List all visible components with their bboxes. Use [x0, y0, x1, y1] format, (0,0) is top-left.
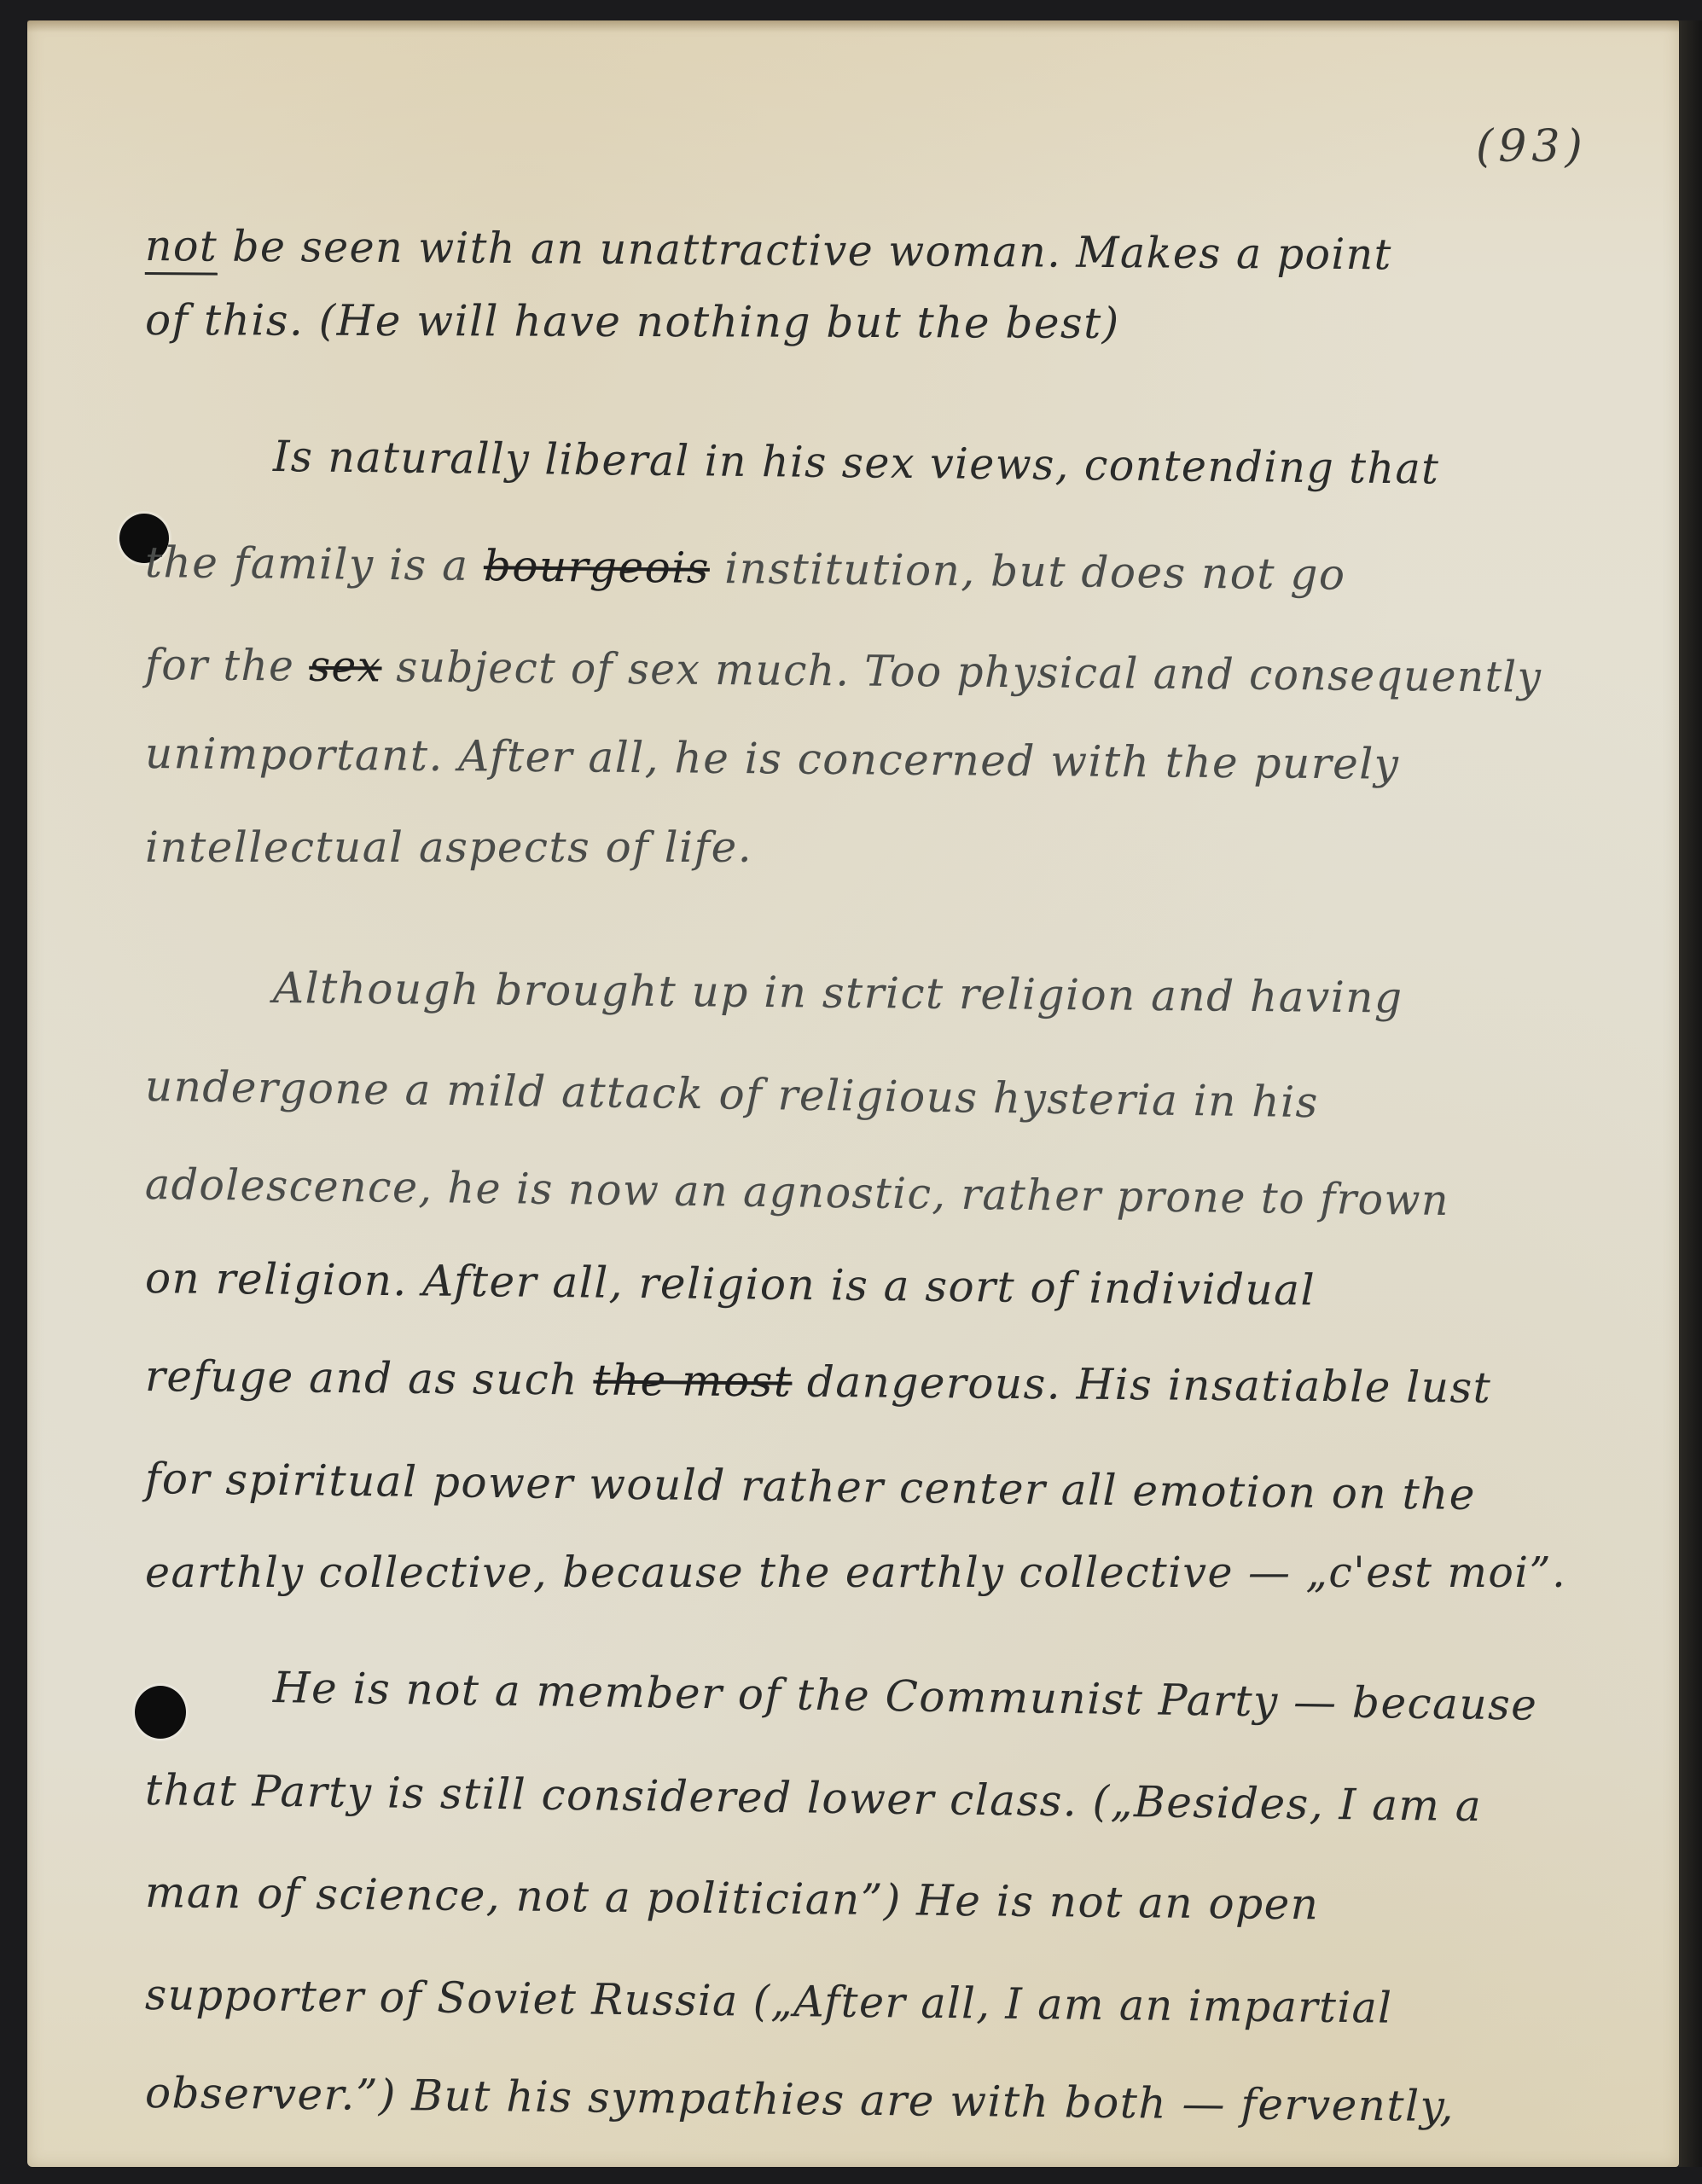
- text-line: not be seen with an unattractive woman. …: [145, 221, 1392, 279]
- text-line: earthly collective, because the earthly …: [145, 1548, 1566, 1597]
- text-line: on religion. After all, religion is a so…: [145, 1253, 1316, 1315]
- text-line: that Party is still considered lower cla…: [145, 1765, 1483, 1831]
- text-line: Although brought up in strict religion a…: [273, 963, 1403, 1023]
- text-line: for the sex subject of sex much. Too phy…: [145, 640, 1542, 702]
- text-line: of this. (He will have nothing but the b…: [145, 295, 1120, 348]
- text-line: man of science, not a politician”) He is…: [145, 1867, 1320, 1929]
- text-line: unimportant. After all, he is concerned …: [145, 729, 1400, 789]
- text-line: supporter of Soviet Russia („After all, …: [145, 1970, 1393, 2033]
- text-line: He is not a member of the Communist Part…: [273, 1663, 1538, 1730]
- hole-punch-icon: [135, 1686, 186, 1739]
- page-top-edge: [27, 20, 1679, 32]
- binding-edge: [1679, 20, 1702, 2167]
- text-line: intellectual aspects of life.: [145, 822, 752, 872]
- struck-word: sex: [309, 642, 382, 692]
- text-line: refuge and as such the most dangerous. H…: [145, 1351, 1492, 1413]
- page-number: (93): [1476, 121, 1588, 172]
- manuscript-page: (93) not be seen with an unattractive wo…: [27, 20, 1679, 2167]
- text-line: undergone a mild attack of religious hys…: [145, 1061, 1320, 1127]
- text-line: Is naturally liberal in his sex views, c…: [273, 432, 1440, 494]
- underlined-word: not: [145, 221, 218, 271]
- struck-word: the most: [593, 1356, 793, 1407]
- struck-word: bourgeois: [484, 541, 711, 593]
- text-line: adolescence, he is now an agnostic, rath…: [145, 1159, 1450, 1225]
- text-line: for spiritual power would rather center …: [145, 1454, 1477, 1519]
- text-line: the family is a bourgeois institution, b…: [145, 537, 1346, 600]
- text-line: observer.”) But his sympathies are with …: [145, 2068, 1455, 2131]
